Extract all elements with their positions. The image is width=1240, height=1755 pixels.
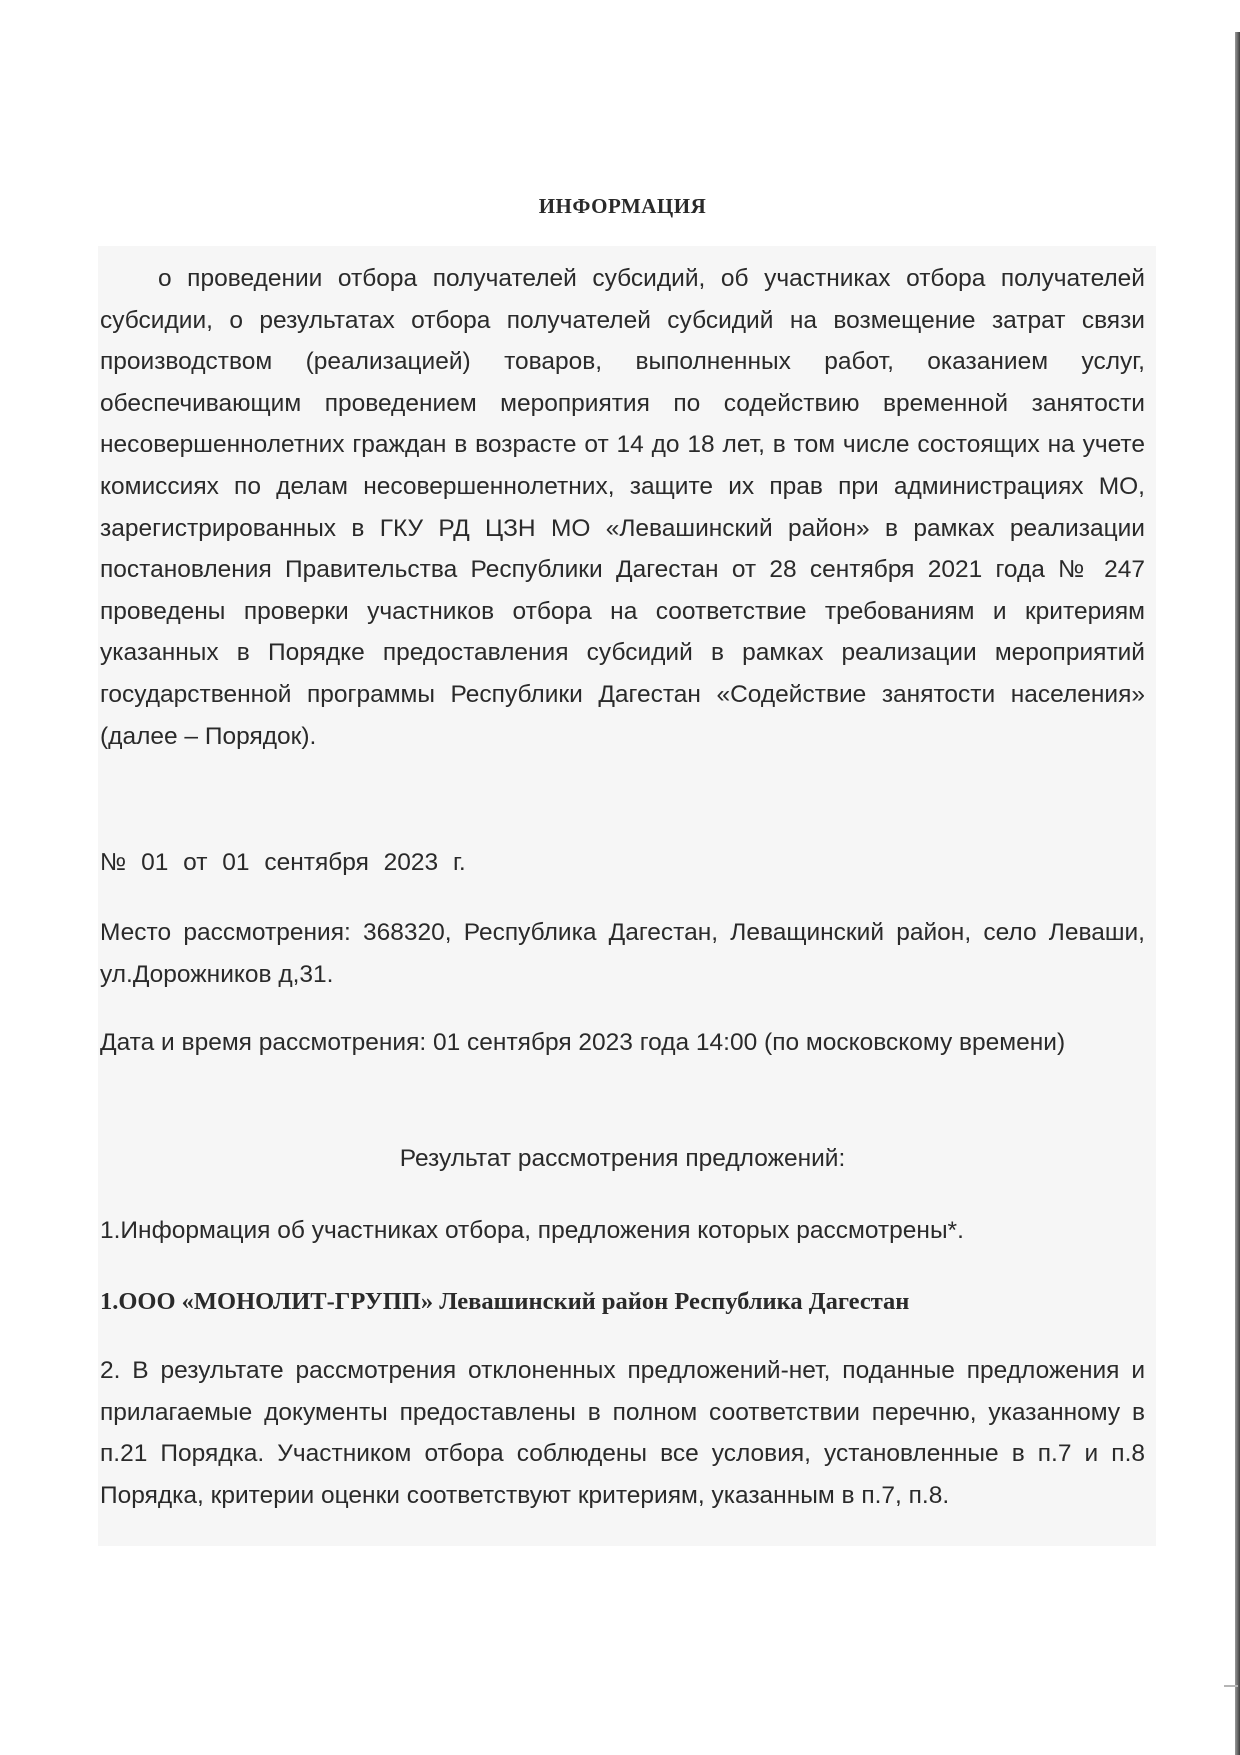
place-of-review: Место рассмотрения: 368320, Республика Д…: [100, 912, 1145, 995]
conclusion-paragraph: 2. В результате рассмотрения отклоненных…: [100, 1350, 1145, 1516]
document-number-date: № 01 от 01 сентября 2023 г.: [100, 842, 1145, 884]
date-time-of-review: Дата и время рассмотрения: 01 сентября 2…: [100, 1022, 1145, 1064]
document-title: ИНФОРМАЦИЯ: [100, 194, 1145, 219]
scan-border-right: [1235, 32, 1240, 1755]
results-heading: Результат рассмотрения предложений:: [100, 1138, 1145, 1180]
participant-entry: 1.ООО «МОНОЛИТ-ГРУПП» Левашинский район …: [100, 1281, 1145, 1323]
scan-artifact-mark: [1224, 1685, 1238, 1687]
participants-info: 1.Информация об участниках отбора, предл…: [100, 1210, 1145, 1252]
intro-paragraph: о проведении отбора получателей субсидий…: [100, 258, 1145, 757]
